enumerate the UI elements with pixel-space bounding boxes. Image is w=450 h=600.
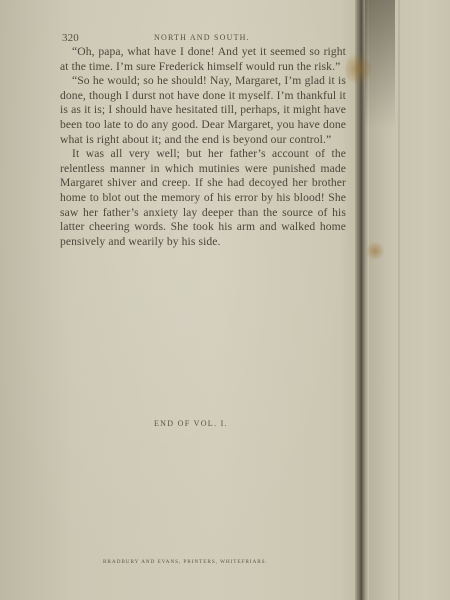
- printer-imprint: BRADBURY AND EVANS, PRINTERS, WHITEFRIAR…: [103, 559, 268, 565]
- book-page: 320 NORTH AND SOUTH. “Oh, papa, what hav…: [0, 0, 358, 600]
- book-photo: 320 NORTH AND SOUTH. “Oh, papa, what hav…: [0, 0, 450, 600]
- page-edge-line: [398, 0, 400, 600]
- page-number: 320: [62, 32, 79, 44]
- paragraph: It was all very well; but her father’s a…: [60, 147, 346, 249]
- end-of-volume-note: END OF VOL. I.: [154, 419, 228, 428]
- paragraph: “So he would; so he should! Nay, Margare…: [60, 74, 346, 147]
- paragraph: “Oh, papa, what have I done! And yet it …: [60, 45, 346, 74]
- page-body: “Oh, papa, what have I done! And yet it …: [60, 45, 346, 249]
- foxing-stain: [345, 52, 371, 86]
- running-title: NORTH AND SOUTH.: [154, 33, 250, 42]
- page-header: 320 NORTH AND SOUTH.: [62, 32, 347, 46]
- foxing-stain: [366, 242, 384, 260]
